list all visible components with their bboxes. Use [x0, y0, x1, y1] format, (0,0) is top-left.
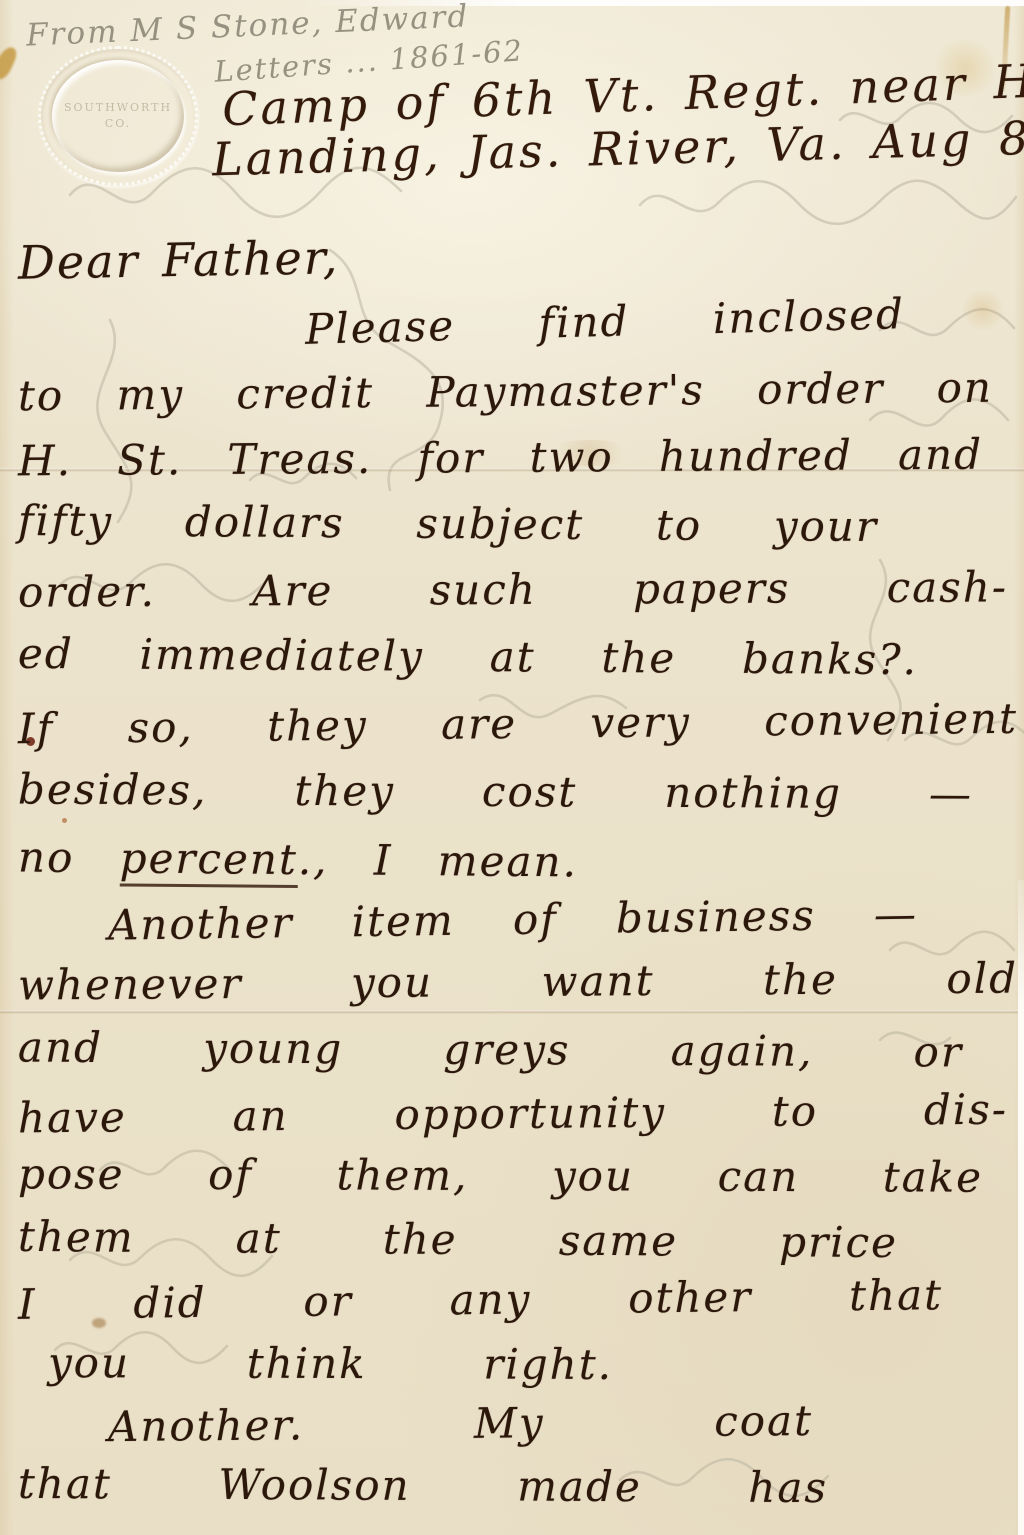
body-line: whenever you want the old	[18, 955, 1018, 1010]
scanned-letter-page: { "colors": { "paper": "#ece3cc", "ink":…	[0, 0, 1024, 1535]
yellow-stain	[960, 290, 1006, 330]
body-line: besides, they cost nothing —	[18, 766, 973, 819]
percent-before: no	[18, 833, 120, 883]
body-line: you think right.	[48, 1339, 613, 1389]
embossed-seal: SOUTHWORTH CO.	[52, 60, 184, 172]
body-line: that Woolson made has	[18, 1460, 828, 1513]
fold-crease-lower	[0, 1010, 1024, 1014]
body-line: them at the same price	[18, 1213, 898, 1267]
body-line: I did or any other that	[18, 1271, 943, 1329]
foxing-speck	[62, 818, 67, 823]
body-line-percent: no percent., I mean.	[18, 834, 578, 887]
seal-text-line1: SOUTHWORTH	[64, 100, 172, 117]
body-line: order. Are such papers cash-	[18, 563, 1008, 616]
salutation: Dear Father,	[18, 231, 340, 289]
scan-background-right-edge	[1018, 880, 1024, 1535]
body-line: Another. My coat	[108, 1397, 813, 1451]
body-line: have an opportunity to dis-	[18, 1086, 1008, 1143]
body-line: and young greys again, or	[18, 1024, 963, 1077]
body-line: pose of them, you can take	[18, 1150, 983, 1202]
percent-underlined-word: percent	[119, 833, 298, 888]
body-line: ed immediately at the banks?.	[18, 630, 918, 685]
body-line: fifty dollars subject to your	[18, 497, 878, 551]
percent-after: ., I mean.	[298, 835, 579, 886]
body-line: H. St. Treas. for two hundred and	[18, 431, 983, 486]
seal-text-line2: CO.	[105, 116, 131, 133]
body-line: to my credit Paymaster's order on	[18, 364, 993, 421]
